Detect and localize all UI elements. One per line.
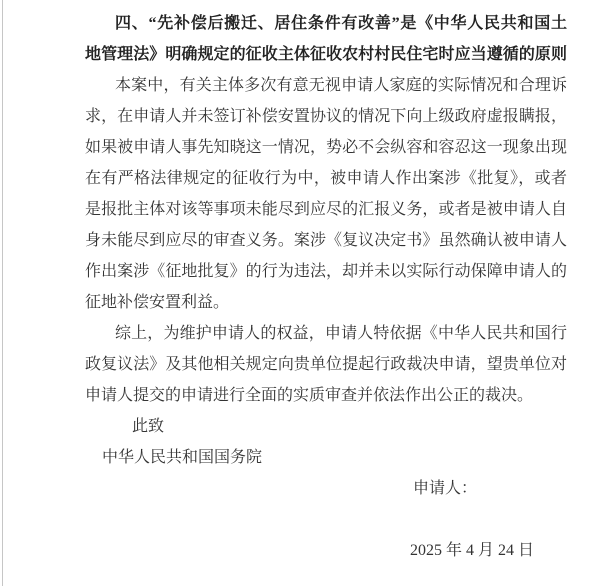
salutation: 此致 (85, 411, 567, 442)
body-line: 身未能尽到应尽的审查义务。案涉《复议决定书》虽然确认被申请人 (85, 225, 567, 256)
body-line: 在有严格法律规定的征收行为中，被申请人作出案涉《批复》，或者 (85, 163, 567, 194)
body-line: 求，在申请人并未签订补偿安置协议的情况下向上级政府虚报瞒报， (85, 101, 567, 132)
body-line: 综上，为维护申请人的权益，申请人特依据《中华人民共和国行 (85, 318, 567, 349)
body-line: 本案中，有关主体多次有意无视申请人家庭的实际情况和合理诉 (85, 70, 567, 101)
body-line: 征地补偿安置利益。 (85, 287, 567, 318)
document-body: 本案中，有关主体多次有意无视申请人家庭的实际情况和合理诉求，在申请人并未签订补偿… (85, 70, 567, 411)
body-line: 是报批主体对该等事项未能尽到应尽的汇报义务，或者是被申请人自 (85, 194, 567, 225)
date-line: 2025 年 4 月 24 日 (85, 535, 567, 566)
heading-line: 四、“先补偿后搬迁、居住条件有改善”是《中华人民共和国土 (85, 8, 567, 39)
recipient-line: 中华人民共和国国务院 (85, 442, 567, 473)
blank-line (85, 504, 567, 535)
page-left-rule (2, 0, 3, 586)
heading-line: 地管理法》明确规定的征收主体征收农村村民住宅时应当遵循的原则 (85, 39, 567, 70)
body-line: 申请人提交的申请进行全面的实质审查并依法作出公正的裁决。 (85, 380, 567, 411)
document-page: 四、“先补偿后搬迁、居住条件有改善”是《中华人民共和国土地管理法》明确规定的征收… (85, 8, 567, 566)
body-line: 政复议法》及其他相关规定向贵单位提起行政裁决申请，望贵单位对 (85, 349, 567, 380)
document-heading: 四、“先补偿后搬迁、居住条件有改善”是《中华人民共和国土地管理法》明确规定的征收… (85, 8, 567, 70)
signature-label: 申请人： (85, 473, 567, 504)
body-line: 作出案涉《征地批复》的行为违法，却并未以实际行动保障申请人的 (85, 256, 567, 287)
body-line: 如果被申请人事先知晓这一情况，势必不会纵容和容忍这一现象出现 (85, 132, 567, 163)
